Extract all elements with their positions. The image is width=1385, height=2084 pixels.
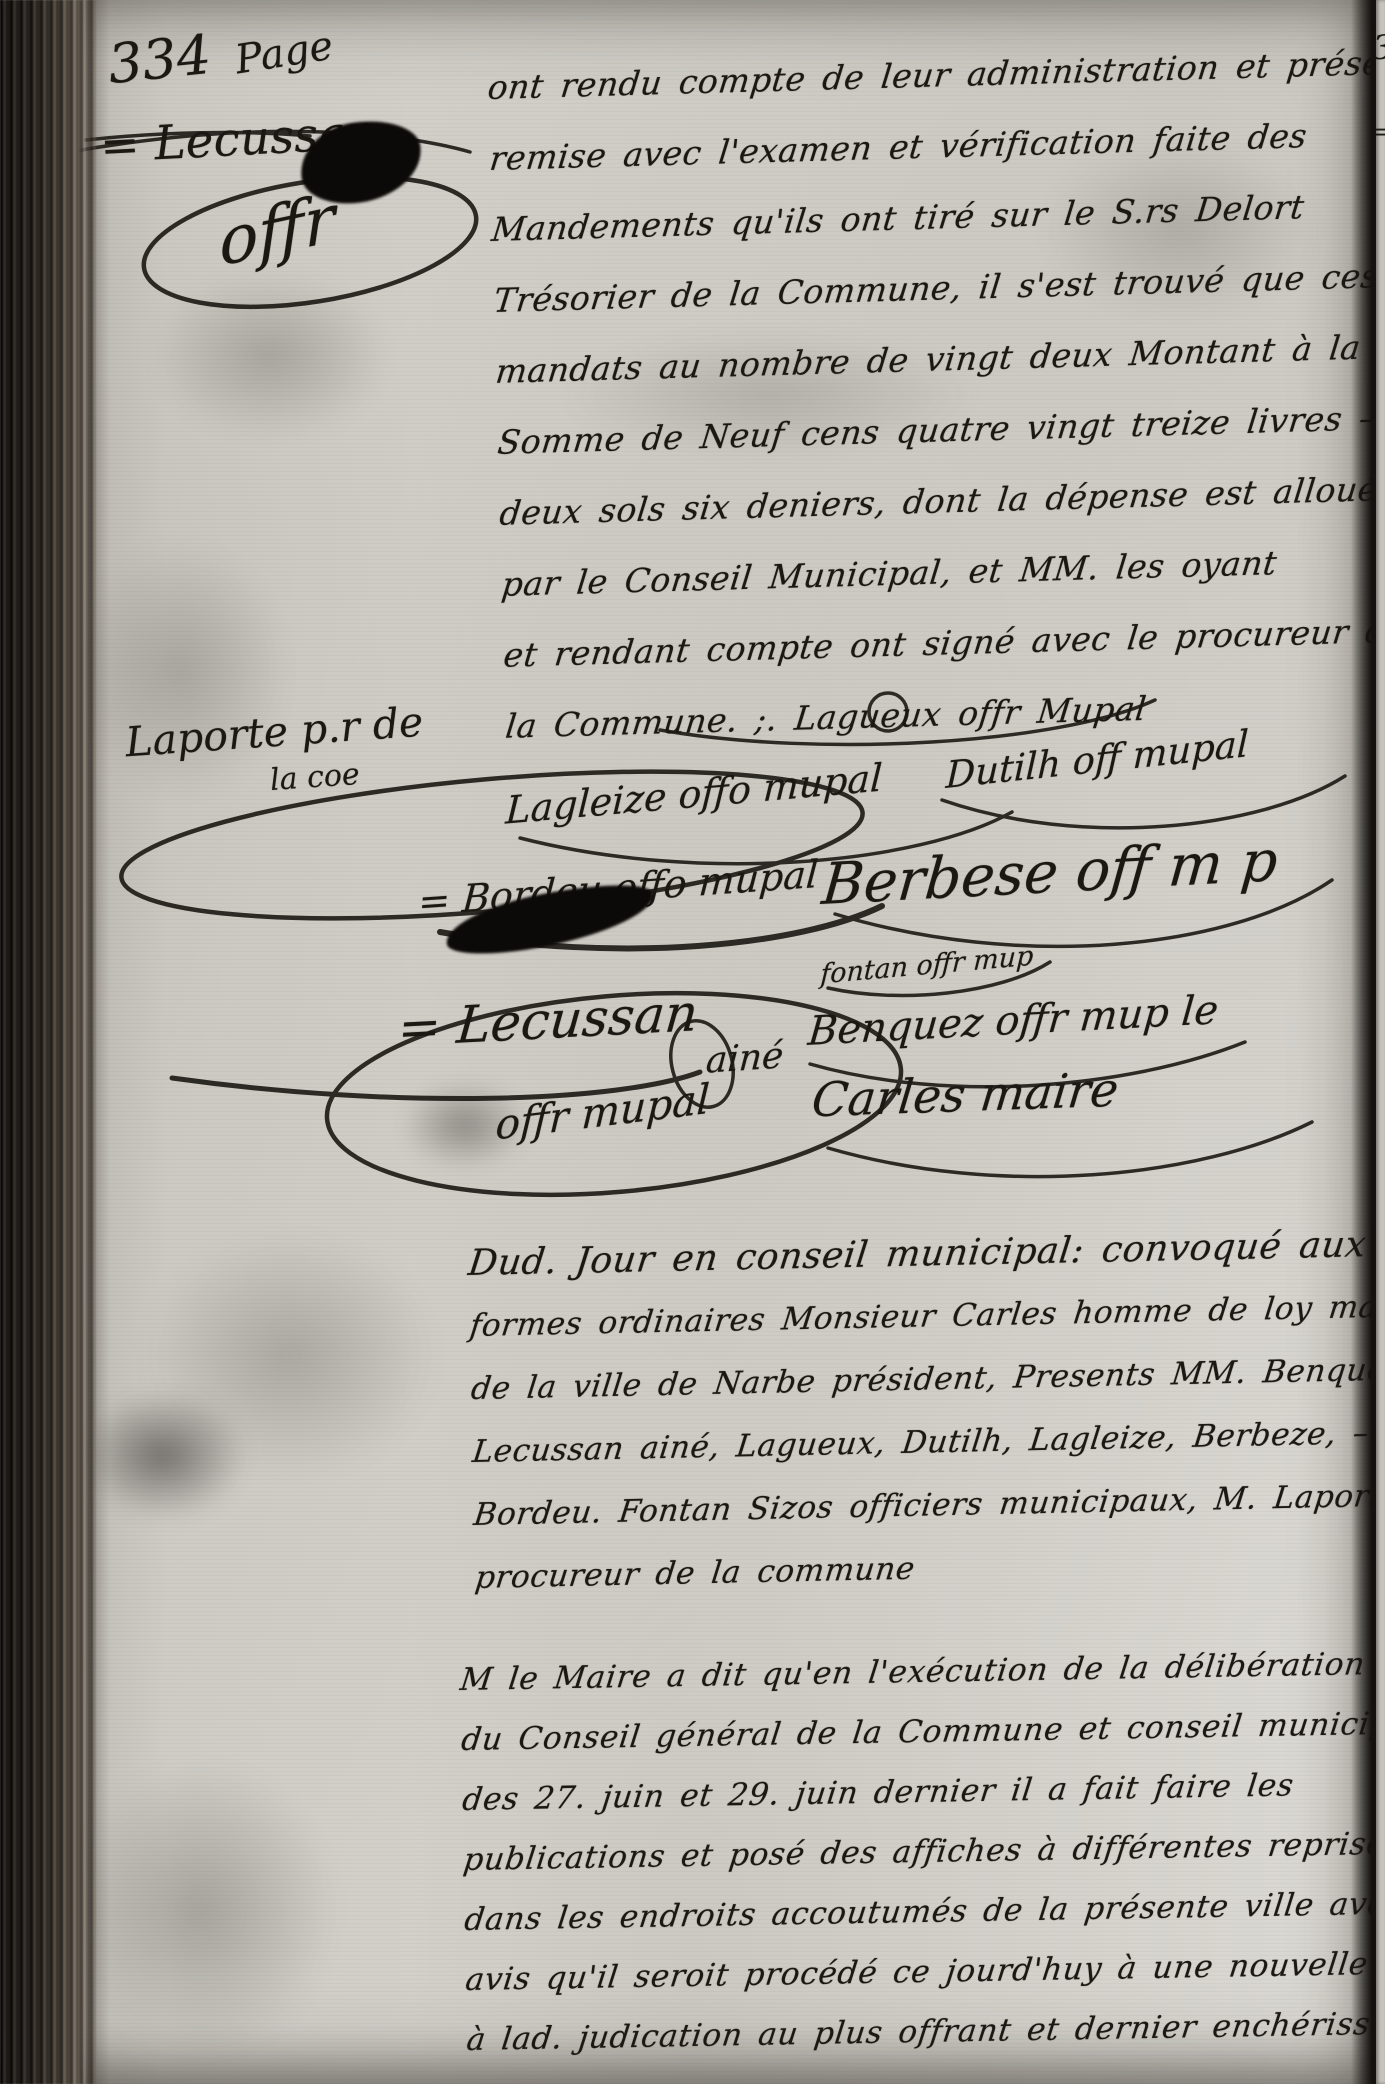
signature-lecussan-suffix: ainé [705,1035,785,1082]
next-page-fragment-mark: = [1376,118,1385,146]
book-spine-edge [88,0,110,2084]
mayor-paragraph: M le Maire a dit qu'en l'exécution de la… [460,1633,1385,2070]
page-gutter-shadow [1351,0,1377,2084]
page-number: 334 [105,23,214,96]
next-page-fragment-digit: 3 [1376,28,1385,68]
next-page-sliver: 3 = [1376,0,1385,2084]
accounts-paragraph: ont rendu compte de leur administration … [487,25,1385,761]
manuscript-scan: 334 Page = Lecussan offr ont rendu compt… [0,0,1385,2084]
session-paragraph: Dud. Jour en conseil municipal: convoqué… [468,1212,1385,1610]
signature-carles: Carles maire [809,1063,1121,1129]
flourish-underline-carles [828,1122,1312,1177]
margin-signature-laporte-2: la coe [269,757,361,798]
book-spine [0,0,96,2084]
